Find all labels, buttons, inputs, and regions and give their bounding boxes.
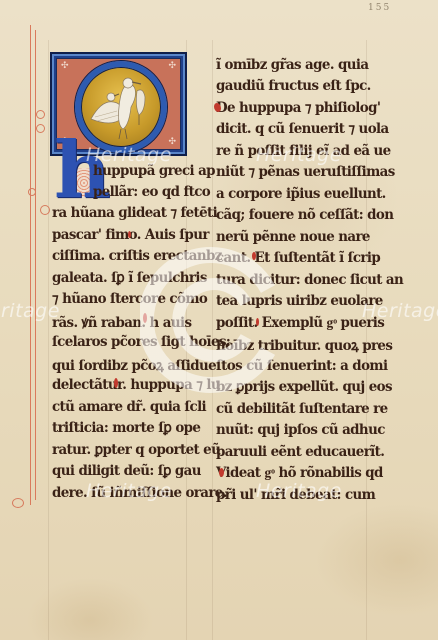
leaf-ornament-icon: ✣ (61, 61, 69, 71)
text-line: ctũ amare dr̃. quia ſcli (52, 399, 206, 416)
text-line: triſticia: morte ſꝑ ope (52, 420, 200, 437)
heritage-logo-icon (140, 245, 290, 395)
ruling-line-left (48, 40, 49, 640)
manuscript-page: 155 ✣ ✣ ✣ ✣ (0, 0, 438, 640)
text-line: paruuli eẽnt educauerĩt. (216, 444, 384, 461)
text-line: qui diligit deũ: ſꝑ gau (52, 463, 201, 480)
watermark-text: Heritage (256, 144, 342, 166)
penwork-curl (40, 205, 50, 215)
penwork-curl (12, 498, 24, 508)
penwork-curl (36, 110, 45, 119)
text-line: ratur. ꝑpter q oportet eũ (52, 442, 220, 459)
text-line: Videat gͦ hõ rõnabilis qd (216, 465, 383, 482)
penwork-border-line-inner (35, 30, 36, 500)
rubric-paragraph-mark (219, 468, 224, 477)
text-line: a corpore ip̃ius euellunt. (216, 186, 386, 203)
watermark-text: Heritage (86, 144, 172, 166)
penwork-curl (28, 188, 36, 196)
text-line: nuũt: quj ipſos cũ adhuc (216, 422, 385, 439)
penwork-border-line (30, 25, 31, 505)
penwork-curl (36, 124, 45, 133)
watermark-text: Heritage (0, 300, 60, 322)
watermark-text: Heritage (362, 300, 438, 322)
text-line: nerũ pẽnne noue nare (216, 229, 370, 246)
text-line: ra hũana ɡlideat ⁊ fetēti (52, 205, 217, 222)
rubric-paragraph-mark (114, 378, 118, 388)
rubric-paragraph-mark (128, 231, 131, 238)
text-line: pellãr: eo qd ftco (93, 184, 210, 201)
text-line: gaudiũ fructus eſt ſpc. (216, 78, 371, 95)
text-line: cũ debilitãt ſuſtentare re (216, 401, 388, 418)
leaf-ornament-icon: ✣ (168, 61, 176, 71)
folio-number: 155 (368, 3, 391, 13)
text-line: cãq; fouere nõ ceſſãt: don (216, 207, 393, 224)
watermark-text: Heritage (86, 480, 172, 502)
watermark-text: Heritage (256, 480, 342, 502)
text-line: ĩ omībz gr̃as age. quia (216, 57, 368, 74)
text-line: dicit. q cũ ſenuerit ⁊ uola (216, 121, 389, 138)
text-line rubric-line: De huppupa ⁊ phiſiolog' (216, 100, 380, 117)
text-line: niũt ⁊ pẽnas ueruſtiſſimas (216, 164, 395, 181)
rubric-paragraph-mark (214, 103, 221, 112)
